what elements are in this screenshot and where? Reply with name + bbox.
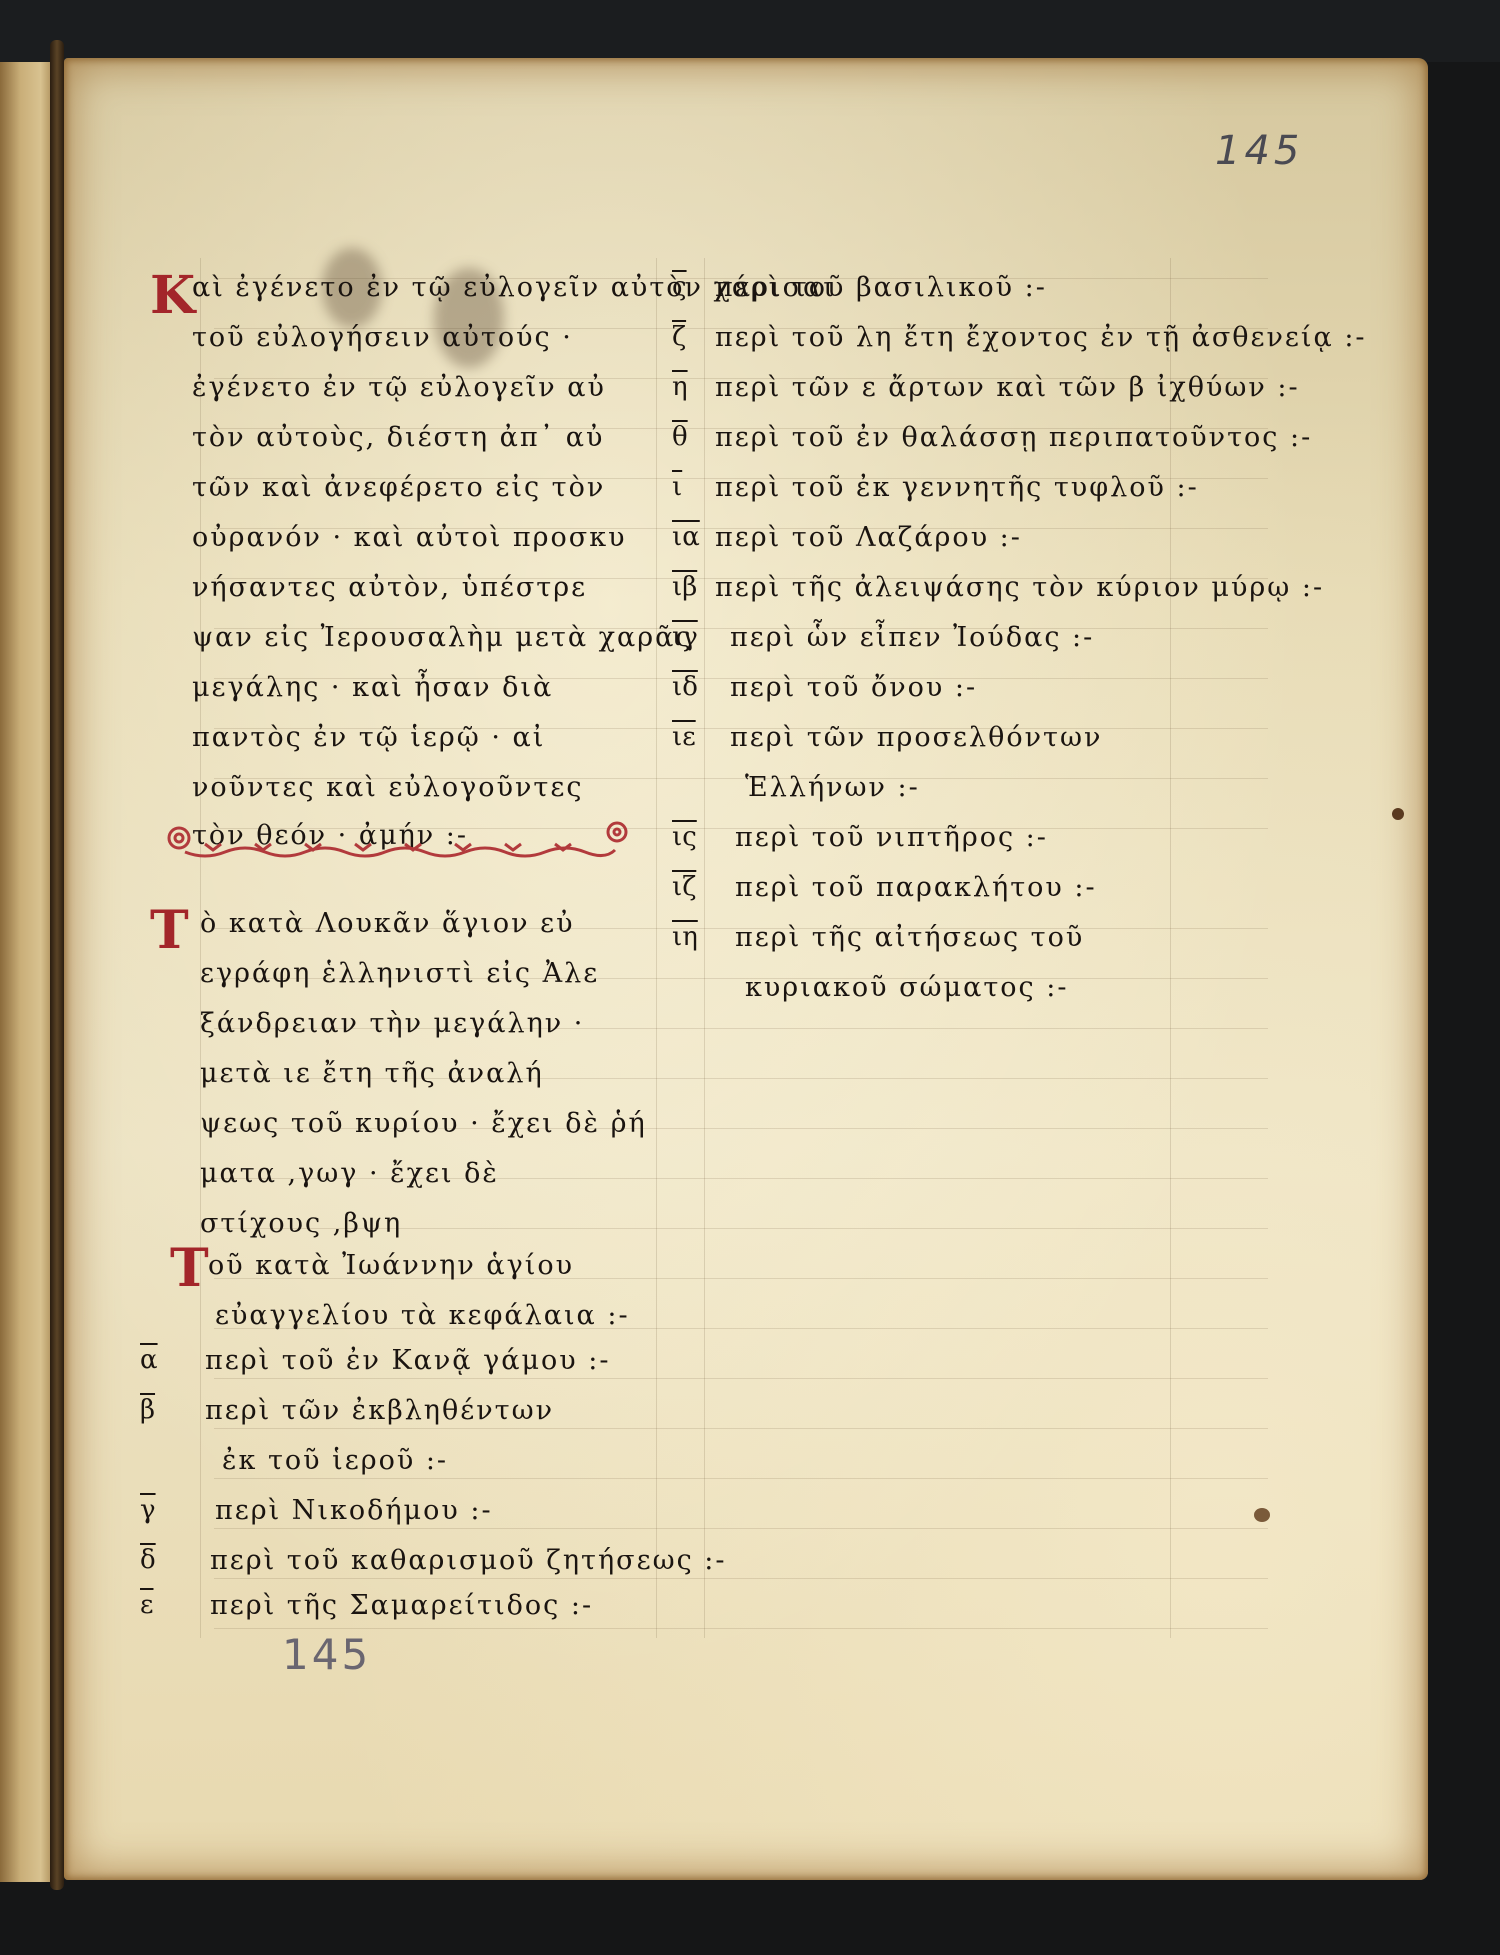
text-line: τοῦ εὐλογήσειν αὐτούς · bbox=[192, 322, 573, 353]
chapter-number: ια bbox=[672, 522, 700, 552]
dark-backdrop bbox=[0, 0, 1500, 62]
chapter-title-continued: ἐκ τοῦ ἱεροῦ :- bbox=[222, 1445, 448, 1476]
chapter-title: περὶ τοῦ ἐν θαλάσσῃ περιπατοῦντος :- bbox=[715, 422, 1312, 453]
ruling-line bbox=[214, 1428, 1268, 1429]
chapter-title: περὶ τοῦ Λαζάρου :- bbox=[715, 522, 1022, 553]
chapter-title-continued: Ἑλλήνων :- bbox=[745, 772, 920, 803]
text-line: εγράφη ἑλληνιστὶ εἰς Ἀλε bbox=[200, 958, 599, 989]
chapter-title: περὶ τῶν ε ἄρτων καὶ τῶν β ἰχθύων :- bbox=[715, 372, 1300, 403]
chapter-number: ις bbox=[672, 822, 697, 852]
chapter-number: δ bbox=[140, 1545, 156, 1575]
text-line: εὐαγγελίου τὰ κεφάλαια :- bbox=[215, 1300, 630, 1331]
chapter-title: περὶ τοῦ ὄνου :- bbox=[730, 672, 977, 703]
text-line: ἐγένετο ἐν τῷ εὐλογεῖν αὐ bbox=[192, 372, 606, 403]
chapter-title: περὶ τοῦ βασιλικοῦ :- bbox=[715, 272, 1047, 303]
text-line: οῦ κατὰ Ἰωάννην ἁγίου bbox=[208, 1250, 574, 1281]
chapter-number: ιδ bbox=[672, 672, 698, 702]
chapter-title: περὶ τῆς αἰτήσεως τοῦ bbox=[735, 922, 1084, 953]
chapter-title: περὶ τοῦ ἐκ γεννητῆς τυφλοῦ :- bbox=[715, 472, 1199, 503]
chapter-number: ς bbox=[672, 272, 687, 302]
ruling-line bbox=[214, 1378, 1268, 1379]
chapter-title-continued: κυριακοῦ σώματος :- bbox=[745, 972, 1068, 1003]
chapter-title: περὶ τοῦ λη ἔτη ἔχοντος ἐν τῇ ἀσθενείᾳ :… bbox=[715, 322, 1367, 353]
chapter-title: περὶ ὧν εἶπεν Ἰούδας :- bbox=[730, 622, 1094, 653]
hole-mark bbox=[1254, 1508, 1270, 1522]
chapter-number: ιβ bbox=[672, 572, 697, 602]
binding-thread bbox=[50, 40, 64, 1890]
chapter-title: περὶ τοῦ νιπτῆρος :- bbox=[735, 822, 1048, 853]
chapter-title: περὶ τῶν ἐκβληθέντων bbox=[205, 1395, 554, 1426]
text-line: παντὸς ἐν τῷ ἱερῷ · αἰ bbox=[192, 722, 545, 753]
ruling-vertical bbox=[656, 258, 657, 1638]
chapter-number: ιε bbox=[672, 722, 696, 752]
chapter-number: β bbox=[140, 1395, 155, 1425]
text-line: μετὰ ιε ἔτη τῆς ἀναλή bbox=[200, 1058, 544, 1089]
chapter-number: ζ bbox=[672, 322, 686, 352]
text-line: ξάνδρειαν τὴν μεγάλην · bbox=[200, 1008, 584, 1039]
text-line: στίχους ,βψη bbox=[200, 1208, 402, 1239]
text-line: ὸ κατὰ Λουκᾶν ἅγιον εὐ bbox=[200, 908, 575, 939]
red-ornament-band bbox=[165, 820, 635, 870]
ruling-vertical bbox=[200, 258, 201, 1638]
ruling-line bbox=[214, 1478, 1268, 1479]
chapter-title: περὶ τῆς Σαμαρείτιδος :- bbox=[210, 1590, 593, 1621]
chapter-number: α bbox=[140, 1345, 158, 1375]
rubric-initial-kappa: Κ bbox=[150, 265, 195, 326]
rubric-initial-tau: Τ bbox=[150, 900, 189, 961]
folio-number-bottom: 145 bbox=[282, 1630, 371, 1679]
folio-number-top: 145 bbox=[1215, 128, 1303, 174]
ruling-line bbox=[214, 1528, 1268, 1529]
hole-mark bbox=[1392, 808, 1404, 820]
text-line: τὸν αὐτοὺς, διέστη ἀπ᾽ αὐ bbox=[192, 422, 604, 453]
chapter-title: περὶ τῆς ἀλειψάσης τὸν κύριον μύρῳ :- bbox=[715, 572, 1324, 603]
text-line: νοῦντες καὶ εὐλογοῦντες bbox=[192, 772, 583, 803]
ruling-line bbox=[214, 1578, 1268, 1579]
text-line: ψεως τοῦ κυρίου · ἔχει δὲ ῥή bbox=[200, 1108, 647, 1139]
chapter-title: περὶ τοῦ ἐν Κανᾷ γάμου :- bbox=[205, 1345, 610, 1376]
text-line: οὐρανόν · καὶ αὐτοὶ προσκυ bbox=[192, 522, 626, 553]
text-line: ψαν εἰς Ἰερουσαλὴμ μετὰ χαρᾶς bbox=[192, 622, 692, 653]
text-line: τῶν καὶ ἀνεφέρετο εἰς τὸν bbox=[192, 472, 605, 503]
chapter-number: ι bbox=[672, 472, 682, 502]
chapter-number: γ bbox=[140, 1495, 156, 1525]
text-line: νήσαντες αὐτὸν, ὑπέστρε bbox=[192, 572, 587, 603]
chapter-title: περὶ τοῦ παρακλήτου :- bbox=[735, 872, 1097, 903]
chapter-number: η bbox=[672, 372, 688, 402]
chapter-number: ε bbox=[140, 1590, 153, 1620]
chapter-number: ιη bbox=[672, 922, 698, 952]
chapter-title: περὶ τοῦ καθαρισμοῦ ζητήσεως :- bbox=[210, 1545, 727, 1576]
ruling-line bbox=[214, 1628, 1268, 1629]
chapter-number: ιγ bbox=[672, 622, 698, 652]
chapter-title: περὶ τῶν προσελθόντων bbox=[730, 722, 1102, 753]
text-line: μεγάλης · καὶ ἦσαν διὰ bbox=[192, 672, 553, 703]
rubric-initial-tau-2: Τ bbox=[170, 1238, 209, 1299]
ruling-vertical bbox=[1170, 258, 1171, 1638]
text-line: ματα ,γωγ · ἔχει δὲ bbox=[200, 1158, 499, 1189]
ruling-vertical bbox=[704, 258, 705, 1638]
chapter-number: θ bbox=[672, 422, 688, 452]
chapter-number: ιζ bbox=[672, 872, 696, 902]
chapter-title: περὶ Νικοδήμου :- bbox=[215, 1495, 493, 1526]
